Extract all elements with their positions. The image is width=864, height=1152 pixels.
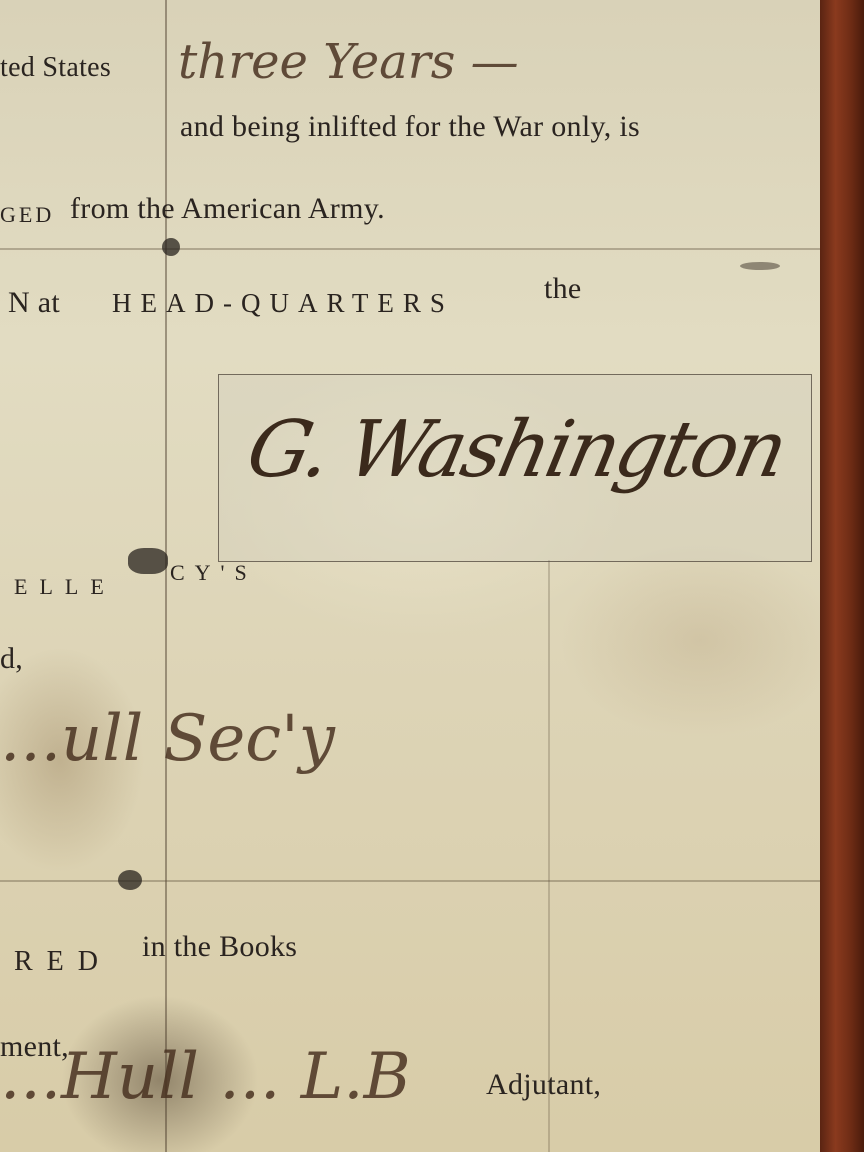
text-registered-caps: RED [14,946,112,978]
text-adjutant: Adjutant, [486,1068,601,1102]
fold-crease-upper [0,248,826,250]
text-command: d, [0,642,23,676]
text-discharged-caps: GED [0,202,54,228]
text-in-the-books: in the Books [142,930,297,964]
document-paper: ted States three Years — and being inlif… [0,0,826,1152]
text-the: the [544,272,582,306]
ink-stain [128,548,168,574]
text-excellency-caps: ELLE [14,574,116,600]
text-inlisted-war: and being inlifted for the War only, is [180,110,640,144]
handwritten-term: three Years — [178,34,519,90]
text-american-army: from the American Army. [70,192,385,226]
text-united-states: ted States [0,52,111,84]
ink-stain [118,870,142,890]
ink-stain [740,262,780,270]
washington-signature: G. Washington [239,405,792,495]
fold-crease-middle [548,560,550,1152]
text-head-quarters: Head-Quarters [112,288,454,319]
text-excellencys-end: CY'S [170,560,257,586]
wooden-frame-edge [820,0,864,1152]
ink-stain [162,238,180,256]
washington-signature-box: G. Washington [218,374,812,562]
fold-crease-left [165,0,167,1152]
adjutant-signature: ...Hull ... L.B [0,1040,411,1114]
secretary-signature: ...ull Sec'y [0,702,335,776]
text-given-at: N at [8,286,60,320]
